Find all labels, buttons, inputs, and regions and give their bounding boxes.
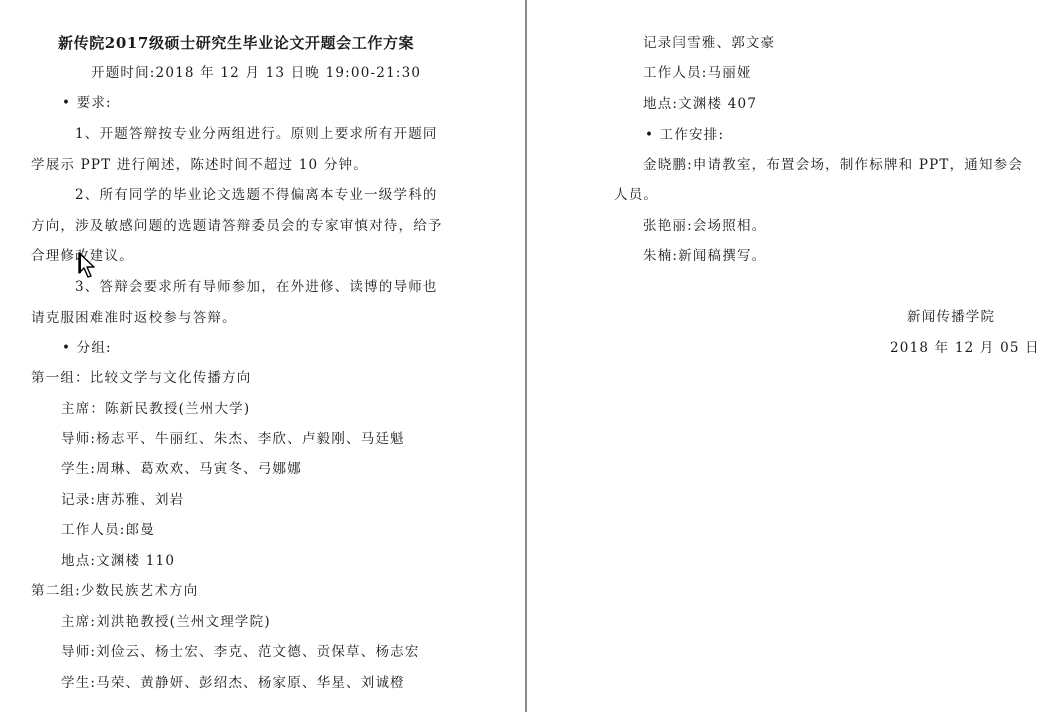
mouse-pointer-icon (78, 252, 98, 280)
signature-organization: 新闻传播学院 (907, 307, 995, 327)
work-item-1-line-1: 金晓鹏:申请教室，布置会场，制作标牌和 PPT，通知参会 (643, 155, 1023, 175)
group-1-students: 学生:周琳、葛欢欢、马寅冬、弓娜娜 (61, 459, 302, 479)
requirements-heading: • 要求: (62, 93, 112, 113)
groups-heading: • 分组: (62, 338, 112, 358)
requirement-2-line-1: 2、所有同学的毕业论文选题不得偏离本专业一级学科的 (75, 185, 438, 205)
requirement-3-line-1: 3、答辩会要求所有导师参加，在外进修、读博的导师也 (75, 277, 438, 297)
group-2-location: 地点:文渊楼 407 (643, 94, 757, 114)
requirement-3-line-2: 请克服困难准时返校参与答辩。 (31, 308, 237, 328)
document-title: 新传院2017级硕士研究生毕业论文开题会工作方案 (58, 33, 414, 53)
requirement-2-line-2: 方向，涉及敏感问题的选题请答辩委员会的专家审慎对待，给予 (31, 216, 443, 236)
work-heading: • 工作安排: (645, 125, 724, 145)
work-item-1-line-2: 人员。 (614, 185, 658, 205)
group-1-chair: 主席：陈新民教授(兰州大学) (61, 399, 250, 419)
group-2-chair: 主席:刘洪艳教授(兰州文理学院) (61, 612, 271, 632)
group-2-advisors: 导师:刘俭云、杨士宏、李克、范文德、贡保草、杨志宏 (61, 642, 420, 662)
work-item-2: 张艳丽:会场照相。 (643, 216, 766, 236)
group-1-name: 第一组：比较文学与文化传播方向 (31, 368, 252, 388)
meeting-time: 开题时间:2018 年 12 月 13 日晚 19:00-21:30 (91, 63, 421, 83)
group-1-advisors: 导师:杨志平、牛丽红、朱杰、李欣、卢毅刚、马廷魁 (61, 429, 405, 449)
group-2-name: 第二组:少数民族艺术方向 (31, 581, 198, 601)
requirement-1-line-1: 1、开题答辩按专业分两组进行。原则上要求所有开题同 (75, 124, 438, 144)
signature-date: 2018 年 12 月 05 日 (890, 338, 1040, 358)
right-page: 记录闫雪雅、郭文豪 工作人员:马丽娅 地点:文渊楼 407 • 工作安排: 金晓… (527, 0, 1053, 712)
requirement-1-line-2: 学展示 PPT 进行阐述，陈述时间不超过 10 分钟。 (31, 155, 368, 175)
group-2-staff: 工作人员:马丽娅 (643, 63, 752, 83)
group-1-recorders: 记录:唐苏雅、刘岩 (61, 490, 184, 510)
group-1-location: 地点:文渊楼 110 (61, 551, 175, 571)
left-page: 新传院2017级硕士研究生毕业论文开题会工作方案 开题时间:2018 年 12 … (0, 0, 525, 712)
group-2-recorders: 记录闫雪雅、郭文豪 (643, 33, 775, 53)
work-item-3: 朱楠:新闻稿撰写。 (643, 246, 766, 266)
group-2-students: 学生:马荣、黄静妍、彭绍杰、杨家原、华星、刘诚橙 (61, 673, 405, 693)
group-1-staff: 工作人员:郎曼 (61, 520, 155, 540)
